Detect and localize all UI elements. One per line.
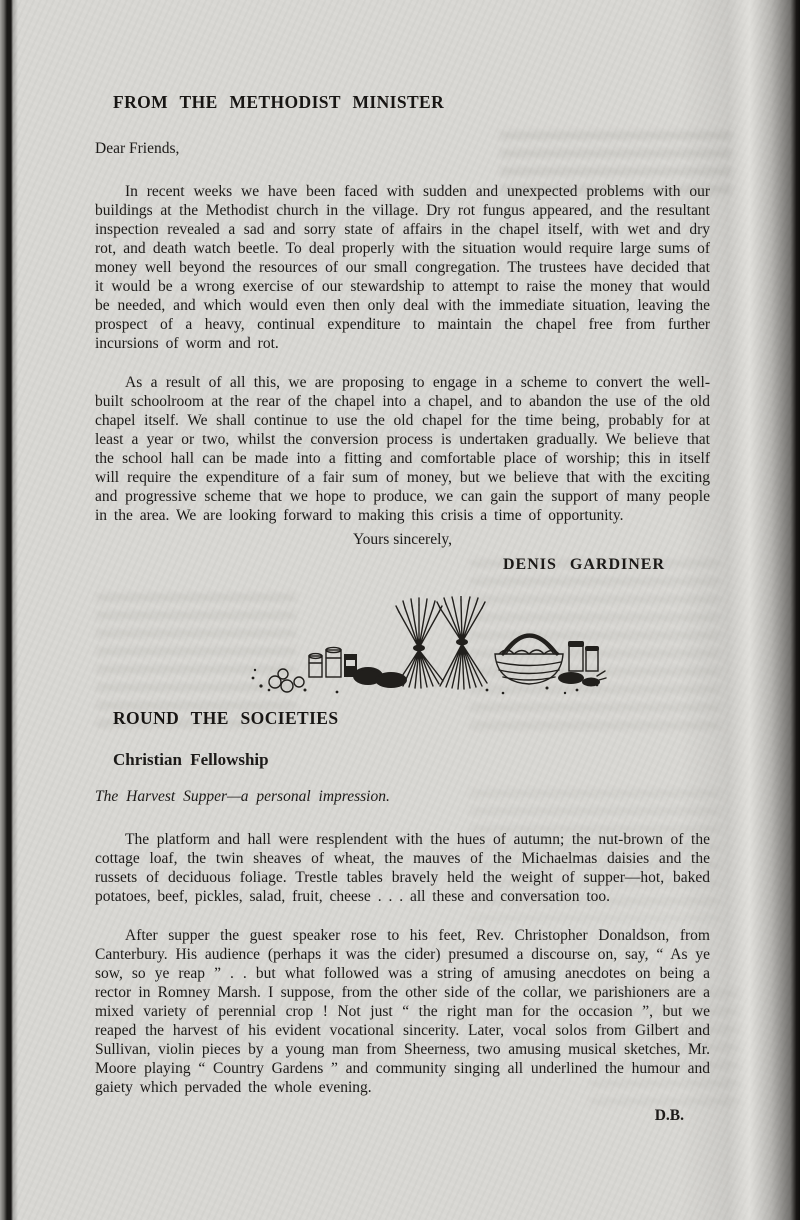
article-paragraph: After supper the guest speaker rose to h… bbox=[95, 926, 710, 1097]
foliage-right bbox=[558, 671, 606, 687]
societies-heading: ROUND THE SOCIETIES bbox=[113, 708, 710, 729]
harvest-illustration bbox=[247, 596, 607, 696]
wheat-sheaf-left bbox=[396, 598, 443, 688]
letter-paragraph: In recent weeks we have been faced with … bbox=[95, 182, 710, 353]
letter-closing: Yours sincerely, bbox=[353, 531, 710, 549]
article-title: The Harvest Supper—a personal impression… bbox=[95, 788, 710, 806]
letter-heading: FROM THE METHODIST MINISTER bbox=[113, 92, 710, 113]
article-paragraph: The platform and hall were resplendent w… bbox=[95, 830, 710, 906]
fruit-cluster bbox=[269, 669, 304, 692]
page-content: FROM THE METHODIST MINISTER Dear Friends… bbox=[0, 92, 800, 1125]
basket bbox=[495, 635, 563, 684]
letter-paragraph: As a result of all this, we are proposin… bbox=[95, 373, 710, 525]
dark-produce bbox=[353, 667, 407, 688]
wheat-sheaf-right bbox=[437, 596, 487, 689]
jars-left bbox=[309, 647, 357, 677]
society-name: Christian Fellowship bbox=[113, 750, 710, 770]
salutation: Dear Friends, bbox=[95, 140, 710, 158]
scanned-newsletter-page: FROM THE METHODIST MINISTER Dear Friends… bbox=[0, 0, 800, 1220]
jars-right bbox=[568, 641, 599, 671]
article-byline: D.B. bbox=[95, 1107, 710, 1125]
letter-signature: DENIS GARDINER bbox=[503, 556, 710, 574]
